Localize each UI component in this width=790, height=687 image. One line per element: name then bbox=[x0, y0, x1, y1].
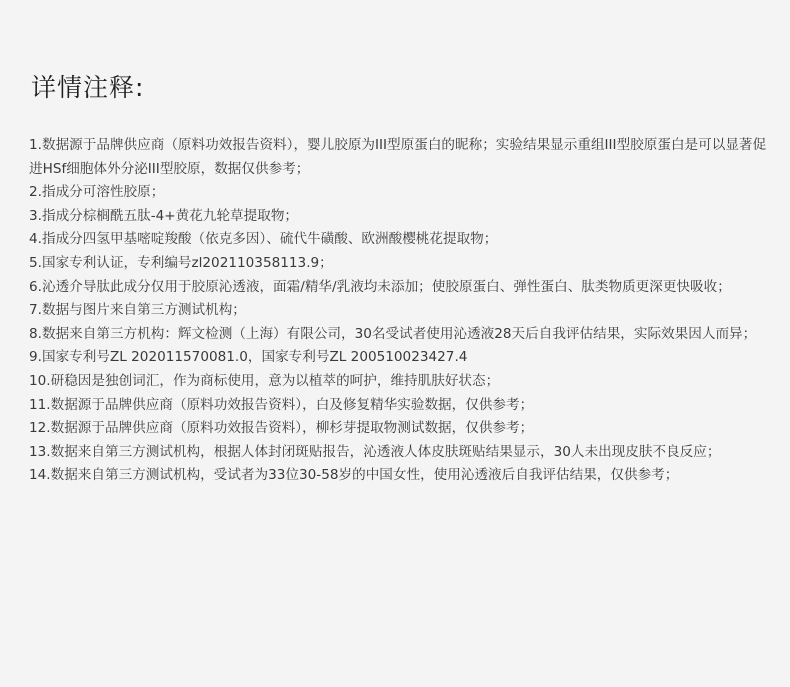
note-item-12: 12.数据源于品牌供应商（原料功效报告资料），柳杉芽提取物测试数据，仅供参考； bbox=[29, 417, 771, 441]
note-item-1: 1.数据源于品牌供应商（原料功效报告资料），婴儿胶原为III型原蛋白的昵称；实验… bbox=[29, 134, 771, 181]
note-item-8: 8.数据来自第三方机构：辉文检测（上海）有限公司，30名受试者使用沁透液28天后… bbox=[29, 323, 771, 347]
note-item-2: 2.指成分可溶性胶原； bbox=[29, 181, 771, 205]
annotation-page: 详情注释: 1.数据源于品牌供应商（原料功效报告资料），婴儿胶原为III型原蛋白… bbox=[0, 0, 790, 687]
note-item-11: 11.数据源于品牌供应商（原料功效报告资料），白及修复精华实验数据，仅供参考； bbox=[29, 394, 771, 418]
notes-list: 1.数据源于品牌供应商（原料功效报告资料），婴儿胶原为III型原蛋白的昵称；实验… bbox=[29, 134, 771, 488]
page-title: 详情注释: bbox=[31, 70, 144, 106]
note-item-14: 14.数据来自第三方测试机构，受试者为33位30-58岁的中国女性，使用沁透液后… bbox=[29, 464, 771, 488]
note-item-9: 9.国家专利号ZL 202011570081.0，国家专利号ZL 2005100… bbox=[29, 346, 771, 370]
note-item-5: 5.国家专利认证，专利编号zl202110358113.9； bbox=[29, 252, 771, 276]
note-item-7: 7.数据与图片来自第三方测试机构； bbox=[29, 299, 771, 323]
note-item-4: 4.指成分四氢甲基嘧啶羧酸（依克多因）、硫代牛磺酸、欧洲酸樱桃花提取物； bbox=[29, 228, 771, 252]
note-item-10: 10.研稳因是独创词汇，作为商标使用，意为以植萃的呵护，维持肌肤好状态； bbox=[29, 370, 771, 394]
note-item-13: 13.数据来自第三方测试机构，根据人体封闭斑贴报告，沁透液人体皮肤斑贴结果显示，… bbox=[29, 441, 771, 465]
note-item-3: 3.指成分棕榈酰五肽-4+黄花九轮草提取物； bbox=[29, 205, 771, 229]
note-item-6: 6.沁透介导肽此成分仅用于胶原沁透液，面霜/精华/乳液均未添加；使胶原蛋白、弹性… bbox=[29, 276, 771, 300]
